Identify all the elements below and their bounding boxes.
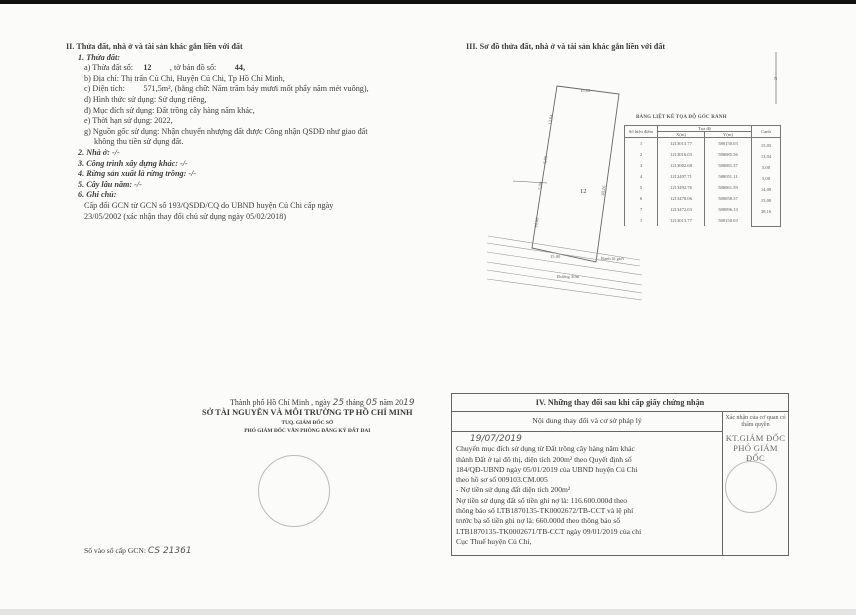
edge-left-1-label: 13,04 (547, 113, 555, 125)
table-row: 11213013.77580150.0315,0313,045,005,0014… (625, 138, 781, 150)
cell-pt: 1 (625, 215, 658, 226)
cell-y: 580096.13 (705, 204, 752, 215)
change-line: - Nợ tiền sử dụng đất diện tích 200m² (456, 485, 718, 495)
tuq-title: TUQ. GIÁM ĐỐC SỞ (200, 420, 415, 426)
book-value: CS 21361 (148, 546, 192, 556)
changes-content-column: Nội dung thay đổi và cơ sở pháp lý 19/07… (452, 411, 723, 555)
edge-length: 38,16 (754, 209, 778, 220)
cell-y: 580150.03 (705, 138, 752, 150)
change-line: LTB1870135-TK0002671/TB-CCT ngày 09/01/2… (456, 527, 718, 537)
deputy-director-title: PHÓ GIÁM ĐỐC (723, 443, 788, 463)
edge-left-3-label: 5,00 (537, 181, 544, 191)
book-number: Số vào sổ cấp GCN: CS 21361 (84, 546, 192, 556)
signature-block: Thành phố Hồ Chí Minh , ngày 25 tháng 05… (200, 398, 415, 434)
issuing-org: SỞ TÀI NGUYÊN VÀ MÔI TRƯỜNG TP HỒ CHÍ MI… (200, 408, 415, 417)
cell-x: 1213013.77 (658, 138, 705, 150)
change-line: thành Đất ở tại đô thị, diện tích 200m² … (456, 455, 718, 465)
section4-title: IV. Những thay đổi sau khi cấp giấy chứn… (452, 394, 788, 412)
col-confirm-header: Xác nhận của cơ quan có thẩm quyền (723, 411, 788, 429)
edge-length: 13,04 (754, 154, 778, 165)
change-line: theo hồ sơ số 009103.CM.005 (456, 475, 718, 485)
edge-length: 5,00 (754, 165, 778, 176)
coords-table: Số hiệu điểm Tọa độ Cạnh X(m) Y(m) 11213… (624, 125, 781, 227)
cell-x: 1213016.03 (658, 149, 705, 160)
change-line: Cục Thuế huyện Củ Chi, (456, 537, 718, 547)
cell-x: 1212497.71 (658, 171, 705, 182)
cell-pt: 5 (625, 182, 658, 193)
road-label: Đường 30m (557, 274, 580, 279)
change-line: Nợ tiền sử dụng đất số tiền ghi nợ là: 1… (456, 496, 718, 506)
changes-content: 19/07/2019 Chuyển mục đích sử dụng từ Đấ… (452, 432, 722, 549)
confirm-stamp (725, 461, 777, 513)
cell-pt: 1 (625, 138, 658, 150)
year: 19 (403, 398, 414, 408)
month-label: tháng (346, 398, 364, 407)
place-date-prefix: Thành phố Hồ Chí Minh , ngày (230, 398, 331, 407)
cell-pt: 6 (625, 193, 658, 204)
handwritten-date: 19/07/2019 (456, 434, 718, 444)
cell-x: 1213478.06 (658, 193, 705, 204)
edge-length: 14,00 (754, 187, 778, 198)
edge-left-2-label: 5,00 (542, 155, 549, 165)
cell-y: 580051.11 (705, 171, 752, 182)
day: 25 (333, 398, 344, 408)
official-stamp (258, 455, 330, 527)
change-line: thông báo số LTB1870135-TK0002672/TB-CCT… (456, 506, 718, 516)
change-line: 184/QĐ-UBND ngày 05/01/2019 của UBND huy… (456, 465, 718, 475)
book-label: Số vào sổ cấp GCN: (84, 546, 146, 555)
kt-title: KT.GIÁM ĐỐC (723, 433, 788, 443)
cell-pt: 2 (625, 149, 658, 160)
col-point-header: Số hiệu điểm (625, 126, 658, 138)
change-line: trước bạ số tiền ghi nợ là: 660.000đ the… (456, 516, 718, 526)
edge-left-4-label: 14,00 (533, 216, 541, 228)
cell-y: 580058.37 (705, 193, 752, 204)
col-content-header: Nội dung thay đổi và cơ sở pháp lý (452, 411, 722, 432)
cell-pt: 7 (625, 204, 658, 215)
edges-cell: 15,0313,045,005,0014,0015,0038,16 (752, 138, 781, 227)
cell-pt: 3 (625, 160, 658, 171)
edge-bottom-label: 15,00 (550, 254, 561, 260)
cell-x: 1213472.03 (658, 204, 705, 215)
cell-y: 580150.03 (705, 215, 752, 226)
change-line: Chuyển mục đích sử dụng từ Đất trồng cây… (456, 444, 718, 454)
cell-x: 1213002.68 (658, 160, 705, 171)
year-label: năm 20 (379, 398, 403, 407)
cell-y: 580061.59 (705, 182, 752, 193)
coords-table-title: BẢNG LIỆT KÊ TỌA ĐỘ GÓC RANH (636, 115, 727, 120)
confirm-column: Xác nhận của cơ quan có thẩm quyền KT.GI… (723, 411, 788, 555)
edge-length: 15,03 (754, 143, 778, 154)
edge-length: 15,00 (754, 198, 778, 209)
place-date: Thành phố Hồ Chí Minh , ngày 25 tháng 05… (200, 398, 415, 408)
north-arrow-label: N (774, 76, 778, 81)
boundary-label: Ranh lộ giới (601, 256, 625, 261)
month: 05 (366, 398, 377, 408)
edge-length: 5,00 (754, 176, 778, 187)
cell-pt: 4 (625, 171, 658, 182)
deputy-title: PHÓ GIÁM ĐỐC VĂN PHÒNG ĐĂNG KÝ ĐẤT ĐAI (200, 428, 415, 434)
changes-box: IV. Những thay đổi sau khi cấp giấy chứn… (451, 393, 789, 556)
cell-x: 1213013.77 (658, 215, 705, 226)
edge-top-label: 15,03 (580, 88, 591, 94)
cell-y: 580085.56 (705, 149, 752, 160)
parcel-number-label: 12 (580, 188, 587, 195)
change-lines: Chuyển mục đích sử dụng từ Đất trồng cây… (456, 444, 718, 547)
col-edge-header: Cạnh (752, 126, 781, 138)
cell-y: 580081.37 (705, 160, 752, 171)
coords-table-body: 11213013.77580150.0315,0313,045,005,0014… (625, 138, 781, 227)
cell-x: 1213492.76 (658, 182, 705, 193)
